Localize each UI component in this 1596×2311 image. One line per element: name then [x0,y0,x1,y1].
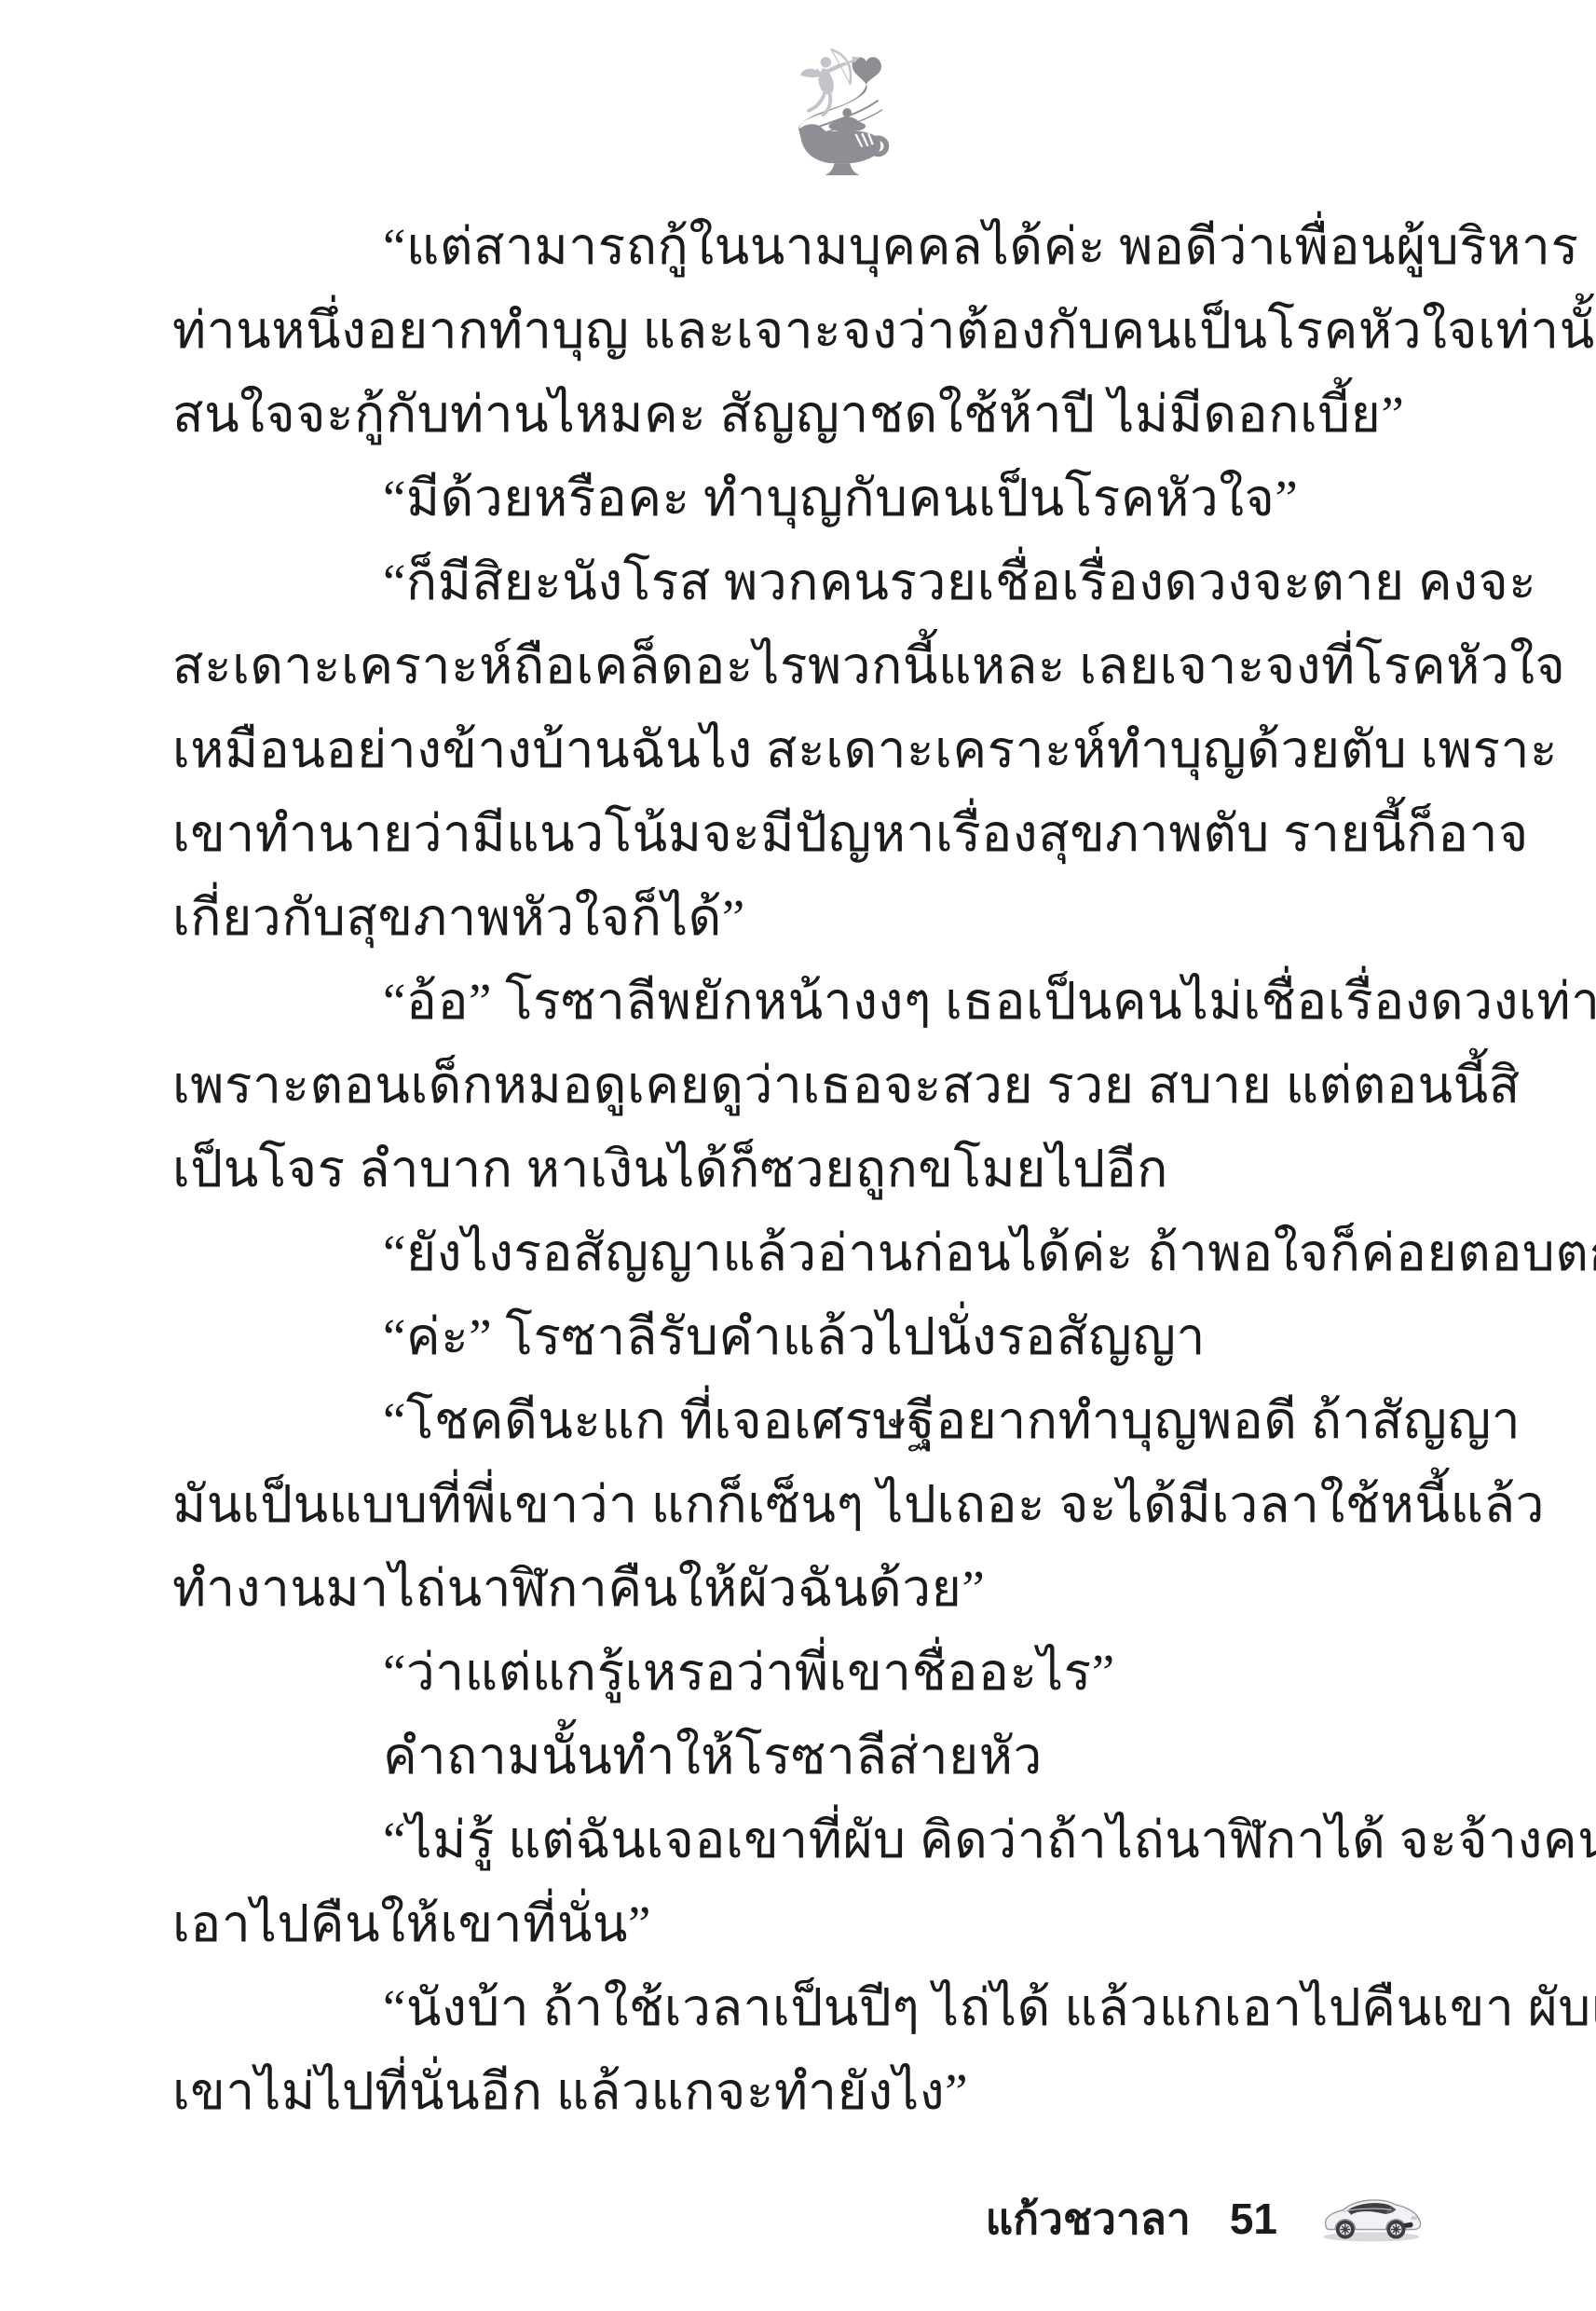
text-line: “แต่สามารถกู้ในนามบุคคลได้ค่ะ พอดีว่าเพื… [172,205,1438,289]
text-line: มันเป็นแบบที่พี่เขาว่า แกก็เซ็นๆ ไปเถอะ … [172,1463,1438,1547]
text-line: “ไม่รู้ แต่ฉันเจอเขาที่ผับ คิดว่าถ้าไถ่น… [172,1798,1438,1882]
text-line: ทำงานมาไถ่นาฬิกาคืนให้ผัวฉันด้วย” [172,1547,1438,1631]
genie-lamp-cupid-heart-icon [776,37,890,188]
text-line: “อ้อ” โรซาลีพยักหน้างงๆ เธอเป็นคนไม่เชื่… [172,960,1438,1044]
text-line: เป็นโจร ลำบาก หาเงินได้ก็ซวยถูกขโมยไปอีก [172,1128,1438,1211]
page-footer: แก้วชวาลา 51 [0,2179,1596,2259]
text-line: เขาทำนายว่ามีแนวโน้มจะมีปัญหาเรื่องสุขภา… [172,792,1438,876]
book-page: “แต่สามารถกู้ในนามบุคคลได้ค่ะ พอดีว่าเพื… [0,0,1596,2311]
text-line: “ยังไงรอสัญญาแล้วอ่านก่อนได้ค่ะ ถ้าพอใจก… [172,1211,1438,1295]
text-line: คำถามนั้นทำให้โรซาลีส่ายหัว [172,1715,1438,1798]
text-line: “ก็มีสิยะนังโรส พวกคนรวยเชื่อเรื่องดวงจะ… [172,540,1438,624]
text-line: “นังบ้า ถ้าใช้เวลาเป็นปีๆ ไถ่ได้ แล้วแกเ… [172,1966,1438,2050]
text-line: สนใจจะกู้กับท่านไหมคะ สัญญาชดใช้ห้าปี ไม… [172,373,1438,457]
page-body: “แต่สามารถกู้ในนามบุคคลได้ค่ะ พอดีว่าเพื… [172,205,1438,2134]
text-line: เหมือนอย่างข้างบ้านฉันไง สะเดาะเคราะห์ทำ… [172,708,1438,792]
text-line: เกี่ยวกับสุขภาพหัวใจก็ได้” [172,876,1438,960]
book-title: แก้วชวาลา [986,2185,1191,2253]
text-line: ท่านหนึ่งอยากทำบุญ และเจาะจงว่าต้องกับคน… [172,289,1438,373]
page-number: 51 [1230,2194,1277,2244]
text-line: “โชคดีนะแก ที่เจอเศรษฐีอยากทำบุญพอดี ถ้า… [172,1379,1438,1463]
text-line: สะเดาะเคราะห์ถือเคล็ดอะไรพวกนี้แหละ เลยเ… [172,624,1438,708]
sports-car-icon [1316,2185,1430,2252]
text-line: “ว่าแต่แกรู้เหรอว่าพี่เขาชื่ออะไร” [172,1631,1438,1715]
text-line: เอาไปคืนให้เขาที่นั่น” [172,1882,1438,1966]
text-line: เพราะตอนเด็กหมอดูเคยดูว่าเธอจะสวย รวย สบ… [172,1044,1438,1128]
text-line: เขาไม่ไปที่นั่นอีก แล้วแกจะทำยังไง” [172,2050,1438,2134]
text-line: “ค่ะ” โรซาลีรับคำแล้วไปนั่งรอสัญญา [172,1295,1438,1379]
text-line: “มีด้วยหรือคะ ทำบุญกับคนเป็นโรคหัวใจ” [172,457,1438,540]
text-lines: “แต่สามารถกู้ในนามบุคคลได้ค่ะ พอดีว่าเพื… [172,205,1438,2134]
